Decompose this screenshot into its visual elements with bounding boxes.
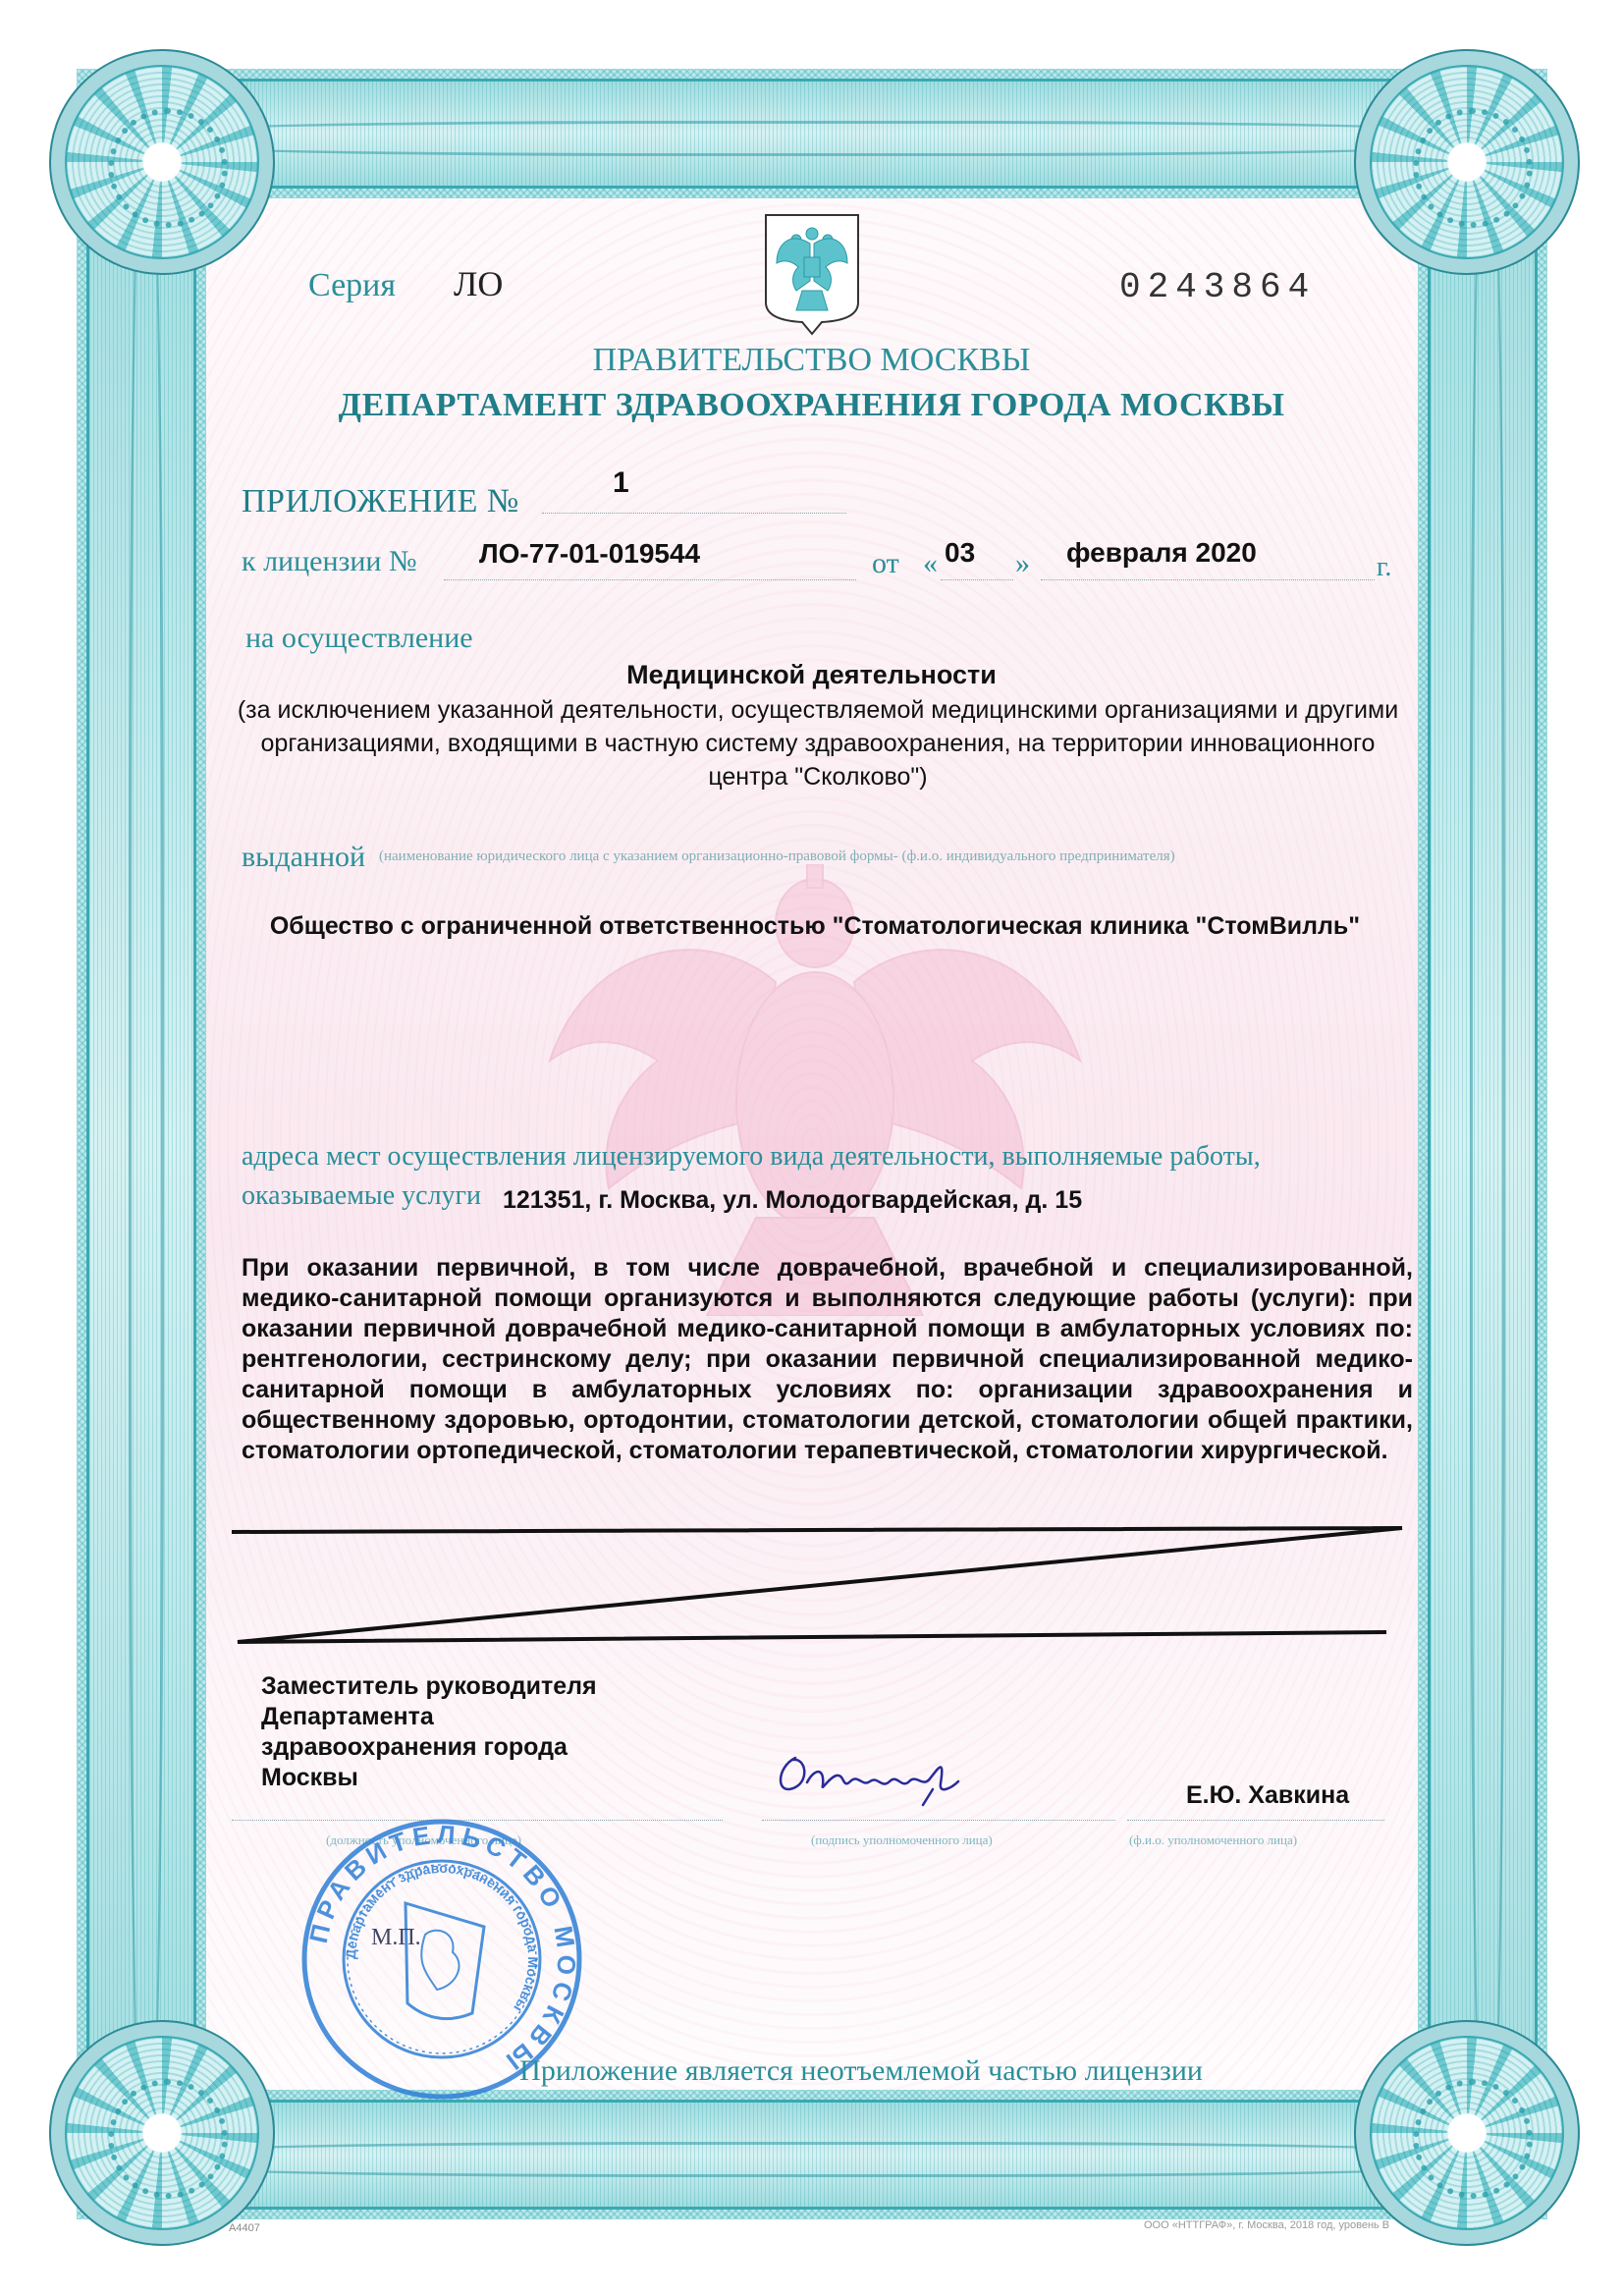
signer-position: Заместитель руководителя Департамента зд… <box>261 1671 597 1793</box>
signer-position-line: Москвы <box>261 1763 597 1793</box>
signer-position-line: здравоохранения города <box>261 1732 597 1763</box>
z-cancellation-lines <box>0 0 1623 2296</box>
name-line-label: (ф.и.о. уполномоченного лица) <box>1129 1832 1297 1848</box>
handwritten-signature-icon <box>766 1738 1001 1807</box>
signer-position-line: Департамента <box>261 1702 597 1732</box>
name-line <box>1127 1820 1384 1821</box>
stamp-place-mark: М.П. <box>371 1925 421 1951</box>
signer-name: Е.Ю. Хавкина <box>1186 1781 1349 1810</box>
appendix-note: Приложение является неотъемлемой частью … <box>339 2054 1203 2088</box>
signature-line <box>762 1820 1115 1821</box>
signer-position-line: Заместитель руководителя <box>261 1671 597 1702</box>
print-code: А4407 <box>229 2222 260 2234</box>
printer-info: ООО «НТТГРАФ», г. Москва, 2018 год, уров… <box>1144 2219 1389 2231</box>
signature-line-label: (подпись уполномоченного лица) <box>811 1832 993 1848</box>
